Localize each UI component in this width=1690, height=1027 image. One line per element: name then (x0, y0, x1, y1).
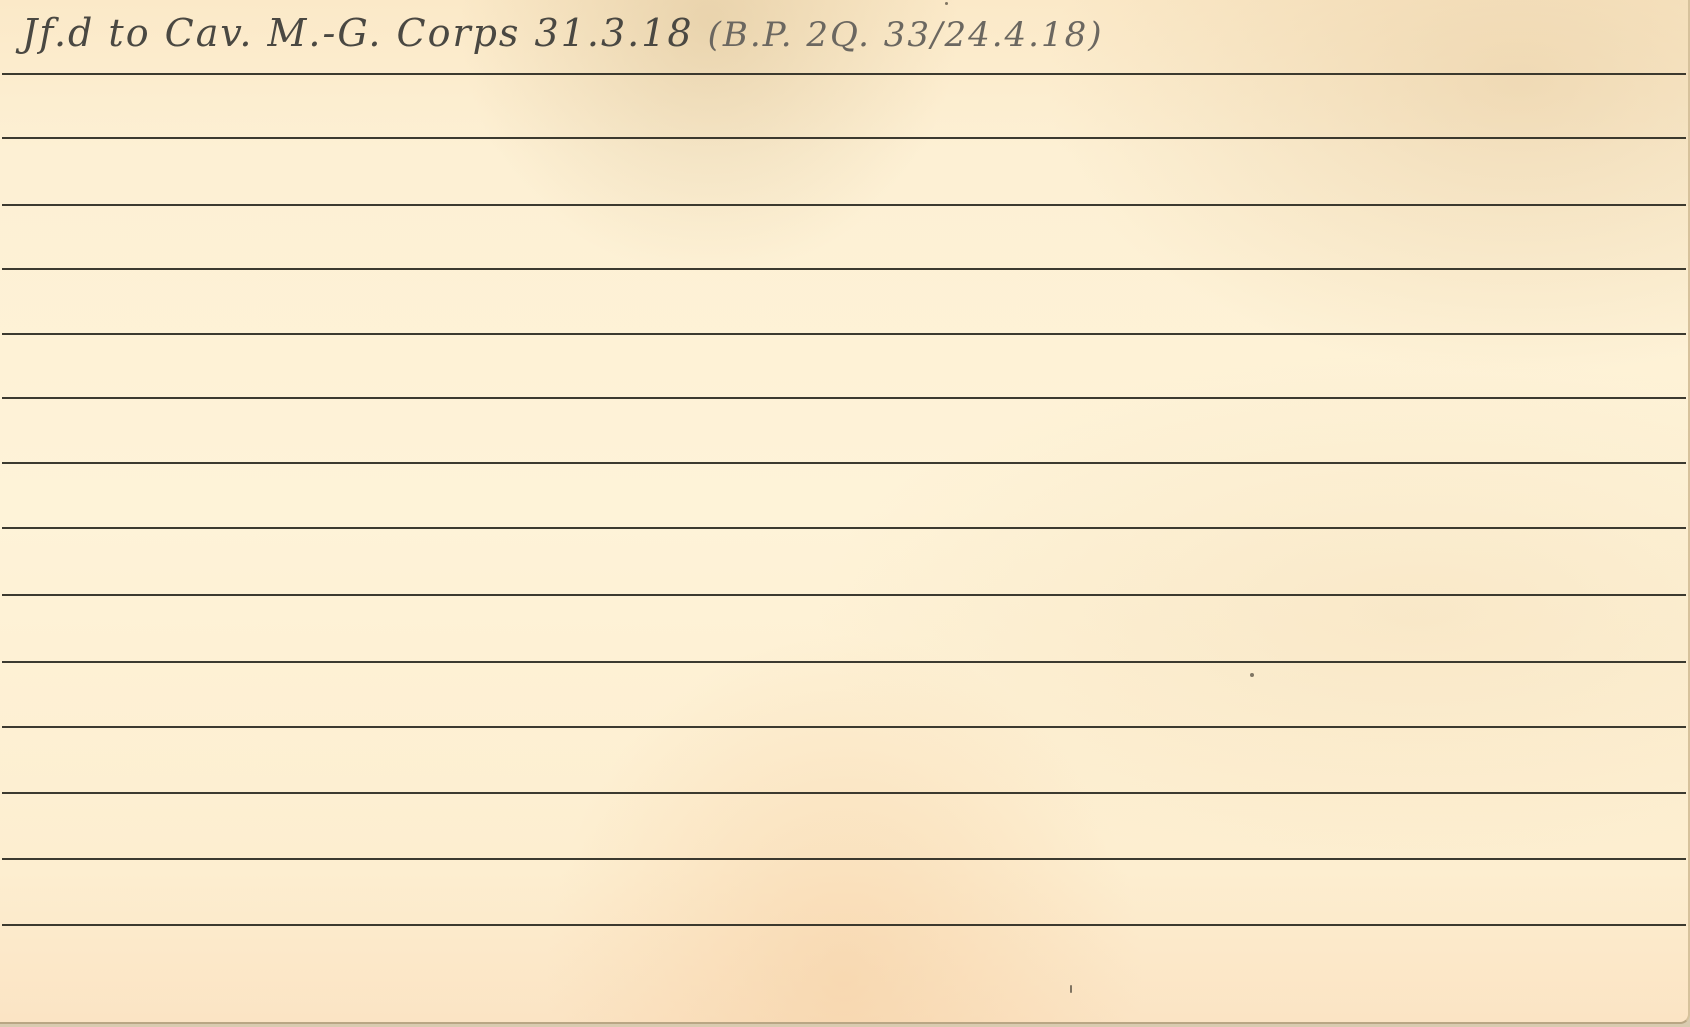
ruled-line (2, 397, 1686, 399)
ruled-line (2, 137, 1686, 139)
ruled-line (2, 594, 1686, 596)
ruled-line (2, 333, 1686, 335)
entry-reference-text: (B.P. 2Q. 33/24.4.18) (708, 15, 1104, 55)
ruled-line (2, 462, 1686, 464)
ink-speck (1070, 985, 1072, 993)
ruled-line (2, 858, 1686, 860)
ruled-line (2, 924, 1686, 926)
index-card: Jf.d to Cav. M.-G. Corps 31.3.18 (B.P. 2… (0, 0, 1690, 1024)
ink-speck (1250, 673, 1254, 677)
entry-main-text: Jf.d to Cav. M.-G. Corps 31.3.18 (22, 11, 694, 55)
handwritten-entry: Jf.d to Cav. M.-G. Corps 31.3.18 (B.P. 2… (22, 14, 1104, 52)
ruled-line (2, 726, 1686, 728)
ruled-line (2, 73, 1686, 75)
ruled-line (2, 268, 1686, 270)
ruled-line (2, 661, 1686, 663)
ruled-line (2, 204, 1686, 206)
ink-speck (945, 2, 948, 5)
ruled-line (2, 792, 1686, 794)
ruled-line (2, 527, 1686, 529)
